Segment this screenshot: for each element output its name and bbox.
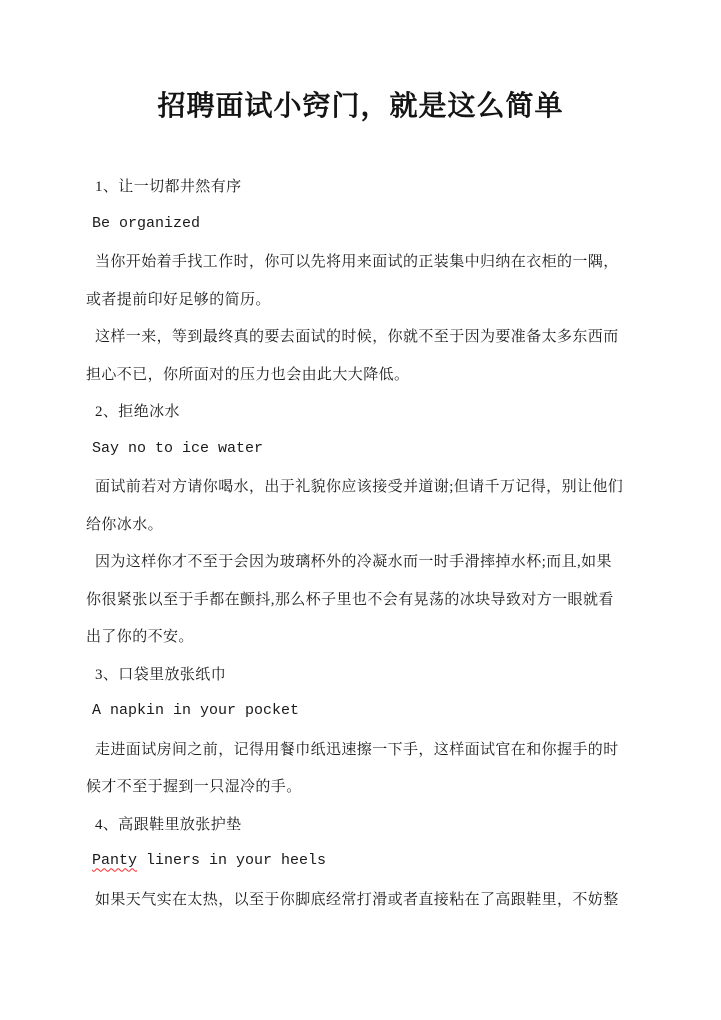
text-line: Be organized — [86, 205, 620, 243]
text-line: 1、让一切都井然有序 — [86, 167, 620, 205]
text-line: 出了你的不安。 — [86, 617, 620, 655]
document-page: 招聘面试小窍门，就是这么简单 1、让一切都井然有序Be organized当你开… — [0, 0, 721, 1020]
misspelled-word: Panty — [92, 852, 137, 869]
text-line: 担心不已，你所面对的压力也会由此大大降低。 — [86, 355, 620, 393]
text-line: 给你冰水。 — [86, 505, 620, 543]
text-line: 候才不至于握到一只湿冷的手。 — [86, 767, 620, 805]
text-line: Panty liners in your heels — [86, 842, 620, 880]
text-line: 因为这样你才不至于会因为玻璃杯外的冷凝水而一时手滑摔掉水杯;而且,如果 — [86, 542, 620, 580]
text-line: Say no to ice water — [86, 430, 620, 468]
text-line: 你很紧张以至于手都在颤抖,那么杯子里也不会有晃荡的冰块导致对方一眼就看 — [86, 580, 620, 618]
text-line-rest: liners in your heels — [137, 852, 326, 869]
text-line: 或者提前印好足够的简历。 — [86, 280, 620, 318]
text-line: 4、高跟鞋里放张护垫 — [86, 805, 620, 843]
text-line: 这样一来，等到最终真的要去面试的时候，你就不至于因为要准备太多东西而 — [86, 317, 620, 355]
text-line: 3、口袋里放张纸巾 — [86, 655, 620, 693]
text-line: 如果天气实在太热，以至于你脚底经常打滑或者直接粘在了高跟鞋里，不妨整 — [86, 880, 620, 918]
text-line: 走进面试房间之前，记得用餐巾纸迅速擦一下手，这样面试官在和你握手的时 — [86, 730, 620, 768]
text-line: 面试前若对方请你喝水，出于礼貌你应该接受并道谢;但请千万记得，别让他们 — [86, 467, 620, 505]
document-title: 招聘面试小窍门，就是这么简单 — [0, 84, 721, 124]
text-line: 当你开始着手找工作时，你可以先将用来面试的正装集中归纳在衣柜的一隅， — [86, 242, 620, 280]
text-line: 2、拒绝冰水 — [86, 392, 620, 430]
text-line: A napkin in your pocket — [86, 692, 620, 730]
document-body: 1、让一切都井然有序Be organized当你开始着手找工作时，你可以先将用来… — [86, 167, 620, 917]
